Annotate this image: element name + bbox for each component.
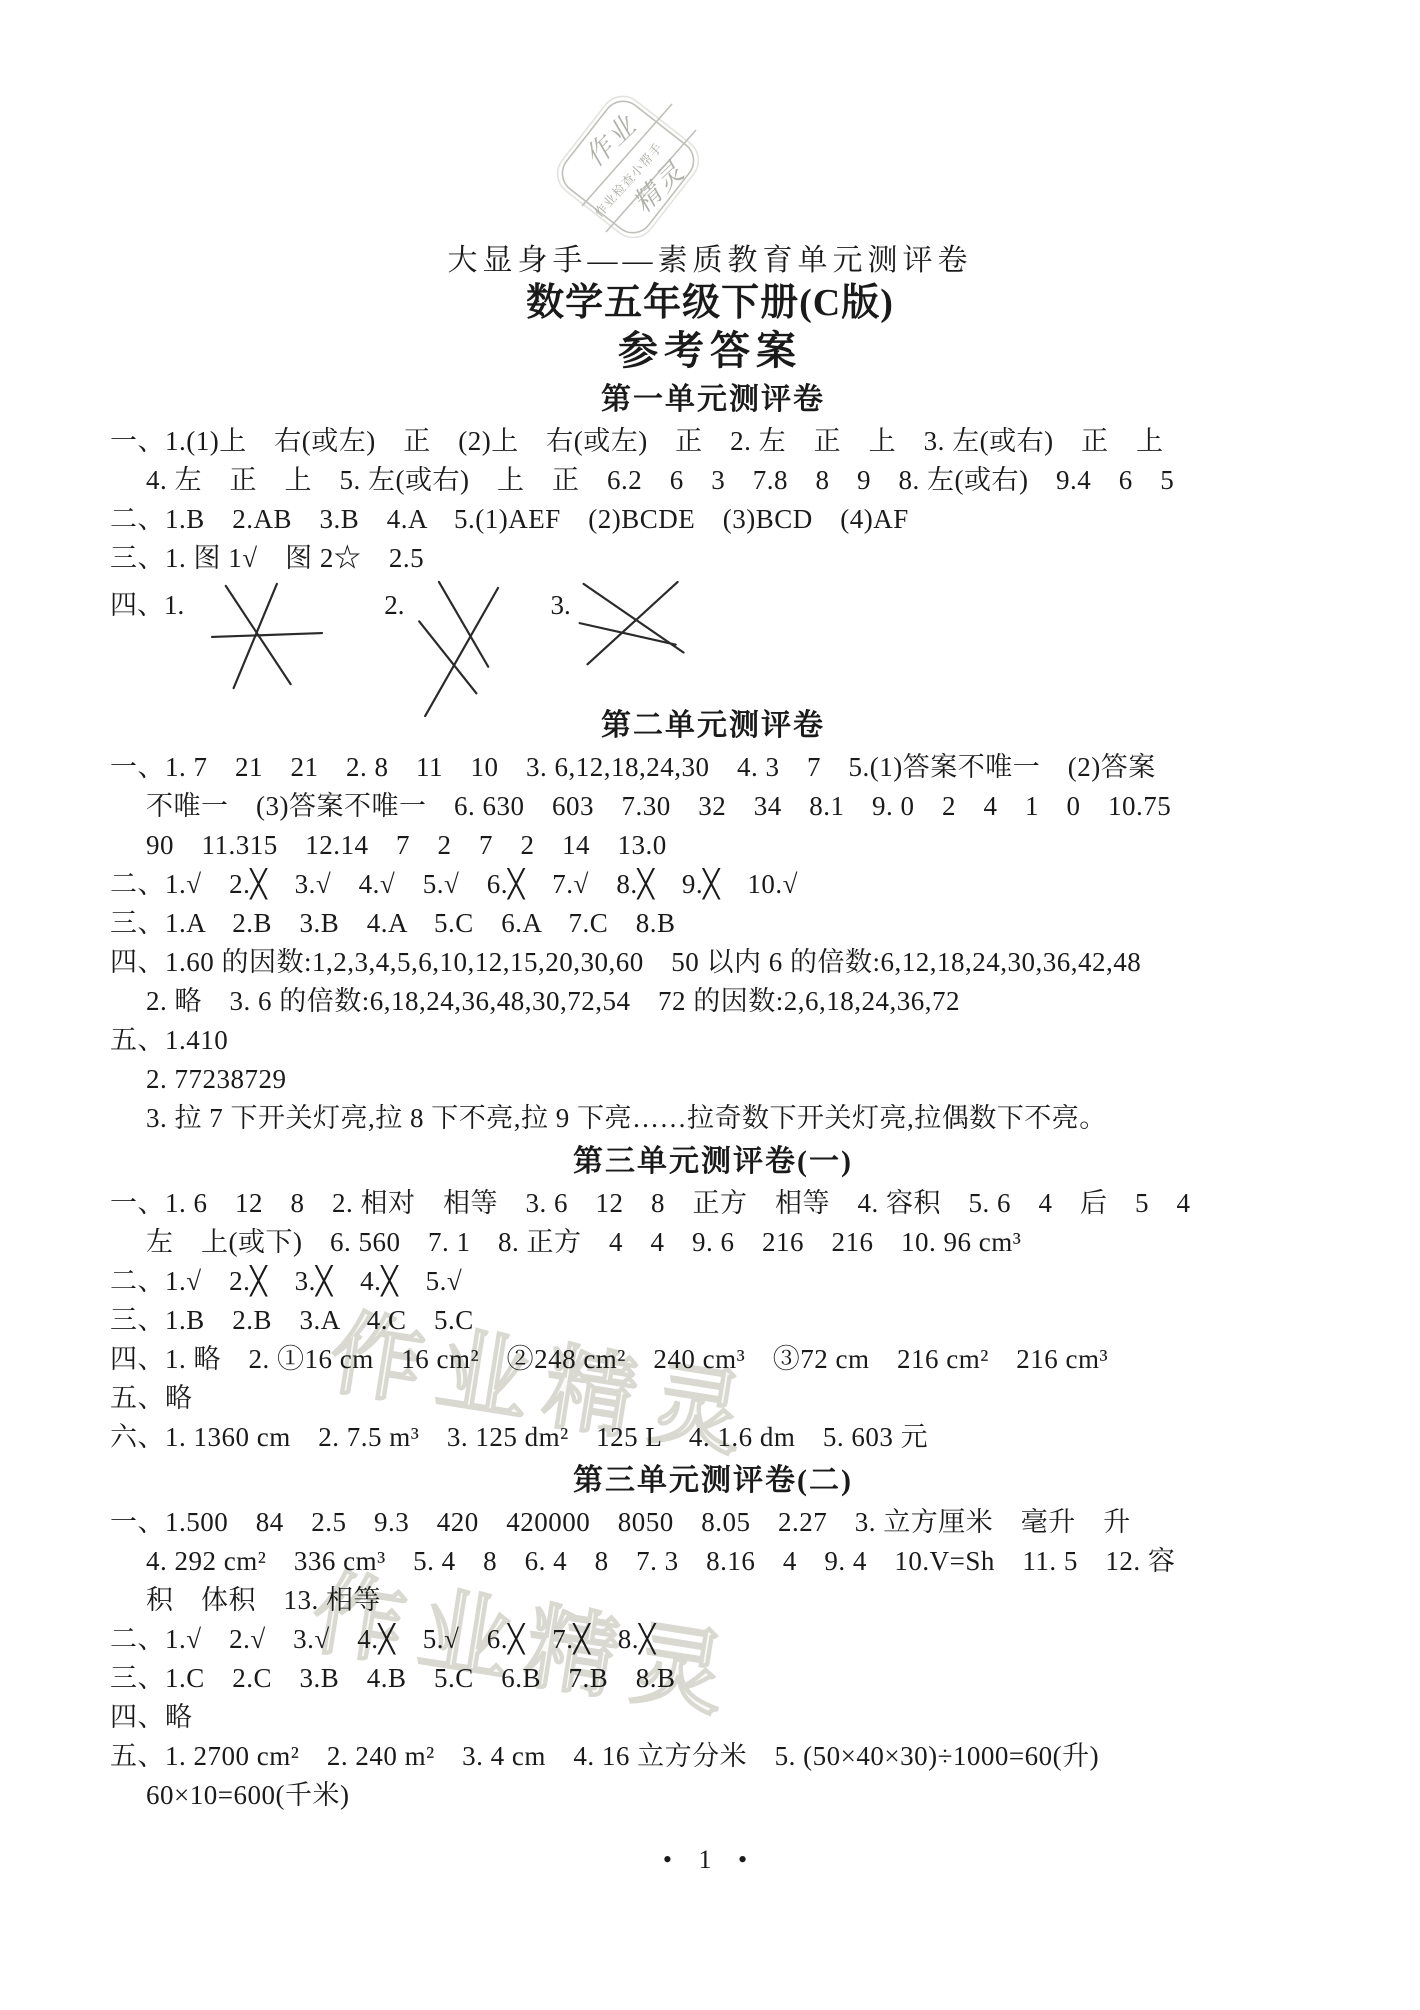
section-heading-unit3-test2: 第三单元测评卷(二) — [110, 1459, 1316, 1503]
answer-line: 五、1. 2700 cm² 2. 240 m² 3. 4 cm 4. 16 立方… — [110, 1737, 1316, 1776]
answer-line: 60×10=600(千米) — [110, 1776, 1316, 1815]
book-title: 数学五年级下册(C版) — [0, 280, 1420, 326]
answers-content: 第一单元测评卷 一、1.(1)上 右(或左) 正 (2)上 右(或左) 正 2.… — [0, 378, 1420, 1815]
question4-figure-row: 四、1. 2. 3. — [110, 580, 1316, 700]
answer-line: 六、1. 1360 cm 2. 7.5 m³ 3. 125 dm² 125 L … — [110, 1418, 1316, 1457]
answer-sheet-page: 作业检查小帮手 作业 精灵 作业精灵 作业精灵 大显身手——素质教育单元测评卷 … — [0, 0, 1420, 2010]
answer-line: 一、1. 7 21 21 2. 8 11 10 3. 6,12,18,24,30… — [110, 748, 1316, 787]
answer-line: 五、1.410 — [110, 1021, 1316, 1060]
answer-line: 二、1.√ 2.╳ 3.╳ 4.╳ 5.√ — [110, 1262, 1316, 1301]
intersecting-lines-figure-1 — [210, 580, 328, 692]
answer-line: 二、1.√ 2.√ 3.√ 4.╳ 5.√ 6.╳ 7.╳ 8.╳ — [110, 1620, 1316, 1659]
answer-line: 三、1. 图 1√ 图 2☆ 2.5 — [110, 539, 1316, 578]
answer-line: 不唯一 (3)答案不唯一 6. 630 603 7.30 32 34 8.1 9… — [110, 787, 1316, 826]
section-heading-unit1: 第一单元测评卷 — [110, 378, 1316, 422]
answer-line: 一、1.500 84 2.5 9.3 420 420000 8050 8.05 … — [110, 1503, 1316, 1542]
answer-line: 四、略 — [110, 1698, 1316, 1737]
answer-line: 四、1. 略 2. ①16 cm 16 cm² ②248 cm² 240 cm³… — [110, 1340, 1316, 1379]
answer-line: 90 11.315 12.14 7 2 7 2 14 13.0 — [110, 826, 1316, 865]
answer-line: 三、1.C 2.C 3.B 4.B 5.C 6.B 7.B 8.B — [110, 1659, 1316, 1698]
footer: • 1 • — [0, 1845, 1420, 1875]
intersecting-lines-figure-2 — [417, 580, 521, 718]
series-title: 大显身手——素质教育单元测评卷 — [0, 242, 1420, 280]
answer-line: 4. 292 cm² 336 cm³ 5. 4 8 6. 4 8 7. 3 8.… — [110, 1542, 1316, 1581]
answer-line: 五、略 — [110, 1379, 1316, 1418]
answer-line: 一、1. 6 12 8 2. 相对 相等 3. 6 12 8 正方 相等 4. … — [110, 1184, 1316, 1223]
page-number: • 1 • — [663, 1845, 757, 1874]
header: 大显身手——素质教育单元测评卷 数学五年级下册(C版) 参考答案 — [0, 0, 1420, 376]
answer-line: 二、1.B 2.AB 3.B 4.A 5.(1)AEF (2)BCDE (3)B… — [110, 500, 1316, 539]
answer-line: 四、1.60 的因数:1,2,3,4,5,6,10,12,15,20,30,60… — [110, 943, 1316, 982]
figure-row-question-label: 四、1. — [110, 586, 184, 625]
answer-line: 4. 左 正 上 5. 左(或右) 上 正 6.2 6 3 7.8 8 9 8.… — [110, 461, 1316, 500]
figure-row-item3-label: 3. — [551, 586, 571, 625]
answer-line: 左 上(或下) 6. 560 7. 1 8. 正方 4 4 9. 6 216 2… — [110, 1223, 1316, 1262]
section-heading-unit2: 第二单元测评卷 — [110, 704, 1316, 748]
answer-line: 2. 略 3. 6 的倍数:6,18,24,36,48,30,72,54 72 … — [110, 982, 1316, 1021]
answer-line: 二、1.√ 2.╳ 3.√ 4.√ 5.√ 6.╳ 7.√ 8.╳ 9.╳ 10… — [110, 865, 1316, 904]
answer-line: 积 体积 13. 相等 — [110, 1581, 1316, 1620]
figure-row-item2-label: 2. — [384, 586, 404, 625]
answer-line: 3. 拉 7 下开关灯亮,拉 8 下不亮,拉 9 下亮……拉奇数下开关灯亮,拉偶… — [110, 1099, 1316, 1138]
answer-line: 三、1.A 2.B 3.B 4.A 5.C 6.A 7.C 8.B — [110, 904, 1316, 943]
section-heading-unit3-test1: 第三单元测评卷(一) — [110, 1140, 1316, 1184]
answer-line: 三、1.B 2.B 3.A 4.C 5.C — [110, 1301, 1316, 1340]
intersecting-lines-figure-3 — [579, 580, 693, 678]
answer-line: 一、1.(1)上 右(或左) 正 (2)上 右(或左) 正 2. 左 正 上 3… — [110, 422, 1316, 461]
answer-line: 2. 77238729 — [110, 1060, 1316, 1099]
answer-key-title: 参考答案 — [0, 326, 1420, 376]
